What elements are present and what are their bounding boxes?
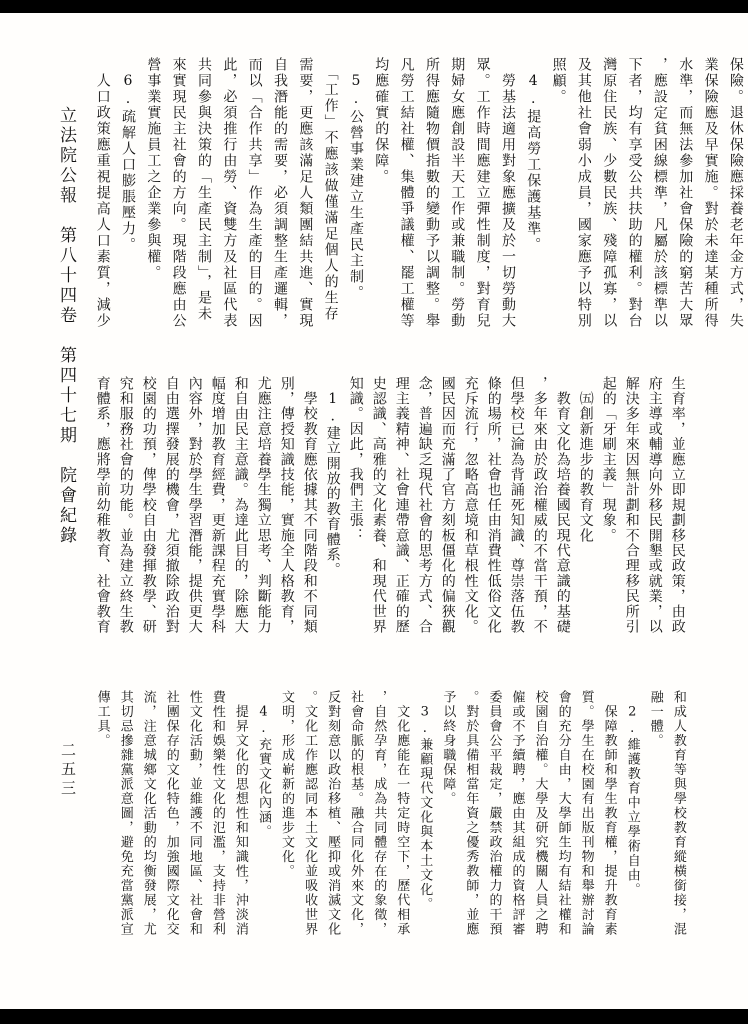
text-column: 社團保存的文化特色，加強國際文化交 (164, 690, 178, 956)
text-column: 會的充分自由，大學師生均有結社權和 (556, 690, 570, 956)
text-column: 和成人教育等與學校教育縱橫銜接，混 (671, 690, 685, 956)
text-column: 校園的功預，俾學校自由發揮教學、研 (141, 376, 156, 652)
text-column: 幅度增加教育經費，更新課程充實學科 (210, 376, 225, 652)
text-column: 文化應能在一特定時空下，歷代相承 (395, 690, 409, 956)
text-column: 。文化工作應認同本土文化並吸收世界 (302, 690, 316, 956)
text-block-middle: 生育率，並應立即規劃移民政策，由政府主導或輔導向外移民開墾或就業，以解決多年來因… (95, 376, 685, 652)
text-column: 念，普遍缺乏現代社會的思考方式、合 (417, 376, 432, 652)
text-column: ，多年來由於政治權威的不當干預，不 (532, 376, 547, 652)
text-column: 。對於具備相當年資之優秀教師，並應 (464, 690, 478, 956)
text-column: 而以「合作共享」作為生產的目的。因 (247, 57, 262, 361)
text-column: 其切忌摻雜黨派意圖，避免充當黨派宣 (118, 690, 132, 956)
text-column: ㈤創新進步的教育文化 (578, 376, 593, 652)
top-border-bar (0, 0, 748, 13)
text-column: 反對刻意以政治移植、壓抑或消滅文化 (325, 690, 339, 956)
text-column: 提昇文化的思想性和知識性，沖淡消 (233, 690, 247, 956)
text-column: 保障教師和學生教育權，提升教育素 (602, 690, 616, 956)
text-column: 尤應注意培養學生獨立思考、判斷能力 (256, 376, 271, 652)
text-column: 業保險應及早實施。對於未達某種所得 (703, 57, 718, 361)
text-column: 凡勞工結社權、集體爭議權、罷工權等 (399, 57, 414, 361)
text-column: 4.提高勞工保護基準。 (526, 57, 541, 361)
text-column: 均應確實的保障。 (374, 57, 389, 361)
text-column: 自由選擇發展的機會，尤須撤除政治對 (164, 376, 179, 652)
text-column: 條的場所，社會也任由消費性低俗文化 (486, 376, 501, 652)
text-block-bottom: 和成人教育等與學校教育縱橫銜接，混融一體。 2.維護教育中立學術自由。 保障教師… (95, 690, 685, 956)
text-column: 和自由民主意識。為達此目的，除應大 (233, 376, 248, 652)
text-column: 水準，而無法參加社會保險的窮苦大眾 (678, 57, 693, 361)
text-column: 4.充實文化內涵。 (256, 690, 270, 956)
text-column: 性文化活動，並維護不同地區、社會和 (187, 690, 201, 956)
text-column: 及其他社會弱小成員，國家應予以特別 (576, 57, 591, 361)
text-column: 知識。因此，我們主張： (348, 376, 363, 652)
text-column: 學校教育應依據其不同階段和不同類 (302, 376, 317, 652)
text-column: 國民因而充滿了官方刻板僵化的偏狹觀 (440, 376, 455, 652)
text-column: 解決多年來因無計劃和不合理移民所引 (624, 376, 639, 652)
text-column: 理主義精神、社會連帶意識、正確的歷 (394, 376, 409, 652)
text-column: 究和服務社會的功能。並為建立終生教 (118, 376, 133, 652)
text-column: 營事業實施員工之企業參與權。 (146, 57, 161, 361)
text-column: 人口政策應重視提高人口素質，減少 (95, 57, 110, 361)
text-column: 予以終身職保障。 (441, 690, 455, 956)
text-column: 眾。工作時間應建立彈性制度，對育兒 (475, 57, 490, 361)
text-column: 3.兼顧現代文化與本土文化。 (418, 690, 432, 956)
text-column: 史認識、高雅的文化素養、和現代世界 (371, 376, 386, 652)
text-column: 教育文化為培養國民現代意識的基礎 (555, 376, 570, 652)
running-head: 立法院公報 第八十四卷 第四十七期 院會紀錄 (54, 106, 79, 526)
text-column: 內容外，對於學生學習潛能，提供更大 (187, 376, 202, 652)
text-column: 別，傳授知識技能，實施全人格教育， (279, 376, 294, 652)
text-column: 1.建立開放的教育體系。 (325, 376, 340, 652)
text-column: 但學校已淪為背誦死知識、尊崇落伍教 (509, 376, 524, 652)
text-column: 期婦女應創設半天工作或兼職制。勞動 (450, 57, 465, 361)
text-column: 生育率，並應立即規劃移民政策，由政 (670, 376, 685, 652)
text-column: 費性和娛樂性文化的氾濫，支持非營利 (210, 690, 224, 956)
text-column: 流，注意城鄉文化活動的均衡發展，尤 (141, 690, 155, 956)
text-column: 社會命脈的根基。融合同化外來文化， (349, 690, 363, 956)
text-column: 起的「牙刷主義」現象。 (601, 376, 616, 652)
text-column: 2.維護教育中立學術自由。 (625, 690, 639, 956)
text-column: 府主導或輔導向外移民開墾或就業，以 (647, 376, 662, 652)
text-column: 自我潛能的需要，必須調整生產邏輯， (272, 57, 287, 361)
text-column: 勞基法適用對象應擴及於一切勞動大 (500, 57, 515, 361)
text-column: 充斥流行，忽略高意境和草根性文化。 (463, 376, 478, 652)
text-column: 灣原住民族、少數民族、殘障孤寡，以 (602, 57, 617, 361)
text-column: 校園自治權。大學及研究機關人員之聘 (533, 690, 547, 956)
text-column: 需要，更應該滿足人類團結共進、實現 (298, 57, 313, 361)
text-column: 質。學生在校園有出版刊物和舉辦討論 (579, 690, 593, 956)
page-number: 二五三 (58, 742, 79, 799)
text-column: 保險。退休保險應採養老年金方式，失 (728, 57, 743, 361)
text-column: 融一體。 (648, 690, 662, 956)
text-column: 「工作」不應該做僅滿足個人的生存 (323, 57, 338, 361)
text-column: 委員會公平裁定，嚴禁政治權力的干預 (487, 690, 501, 956)
text-column: 文明，形成嶄新的進步文化。 (279, 690, 293, 956)
text-column: ，應設定貧困線標準，凡屬於該標準以 (652, 57, 667, 361)
text-column: 共同參與決策的「生產民主制」，是未 (196, 57, 211, 361)
text-block-top: 保險。退休保險應採養老年金方式，失業保險應及早實施。對於未達某種所得水準，而無法… (95, 57, 743, 361)
gazette-page: 立法院公報 第八十四卷 第四十七期 院會紀錄 二五三 保險。退休保險應採養老年金… (0, 0, 748, 1024)
text-column: 此，必須推行由勞、資雙方及社區代表 (222, 57, 237, 361)
text-column: 6.疏解人口膨脹壓力。 (120, 57, 135, 361)
text-column: 來實現民主社會的方向。現階段應由公 (171, 57, 186, 361)
text-column: 5.公營事業建立生產民主制。 (348, 57, 363, 361)
bottom-border-bar (0, 1009, 748, 1024)
text-column: 僱或不予續聘，應由其組成的資格評審 (510, 690, 524, 956)
text-column: 下者，均有享受公共扶助的權利。對台 (627, 57, 642, 361)
text-column: 所得應隨物價指數的變動予以調整。舉 (424, 57, 439, 361)
text-column: 照顧。 (551, 57, 566, 361)
text-column: ，自然孕育，成為共同體存在的象徵， (372, 690, 386, 956)
text-column: 育體系，應將學前幼稚教育、社會教育 (95, 376, 110, 652)
text-column: 傳工具。 (95, 690, 109, 956)
